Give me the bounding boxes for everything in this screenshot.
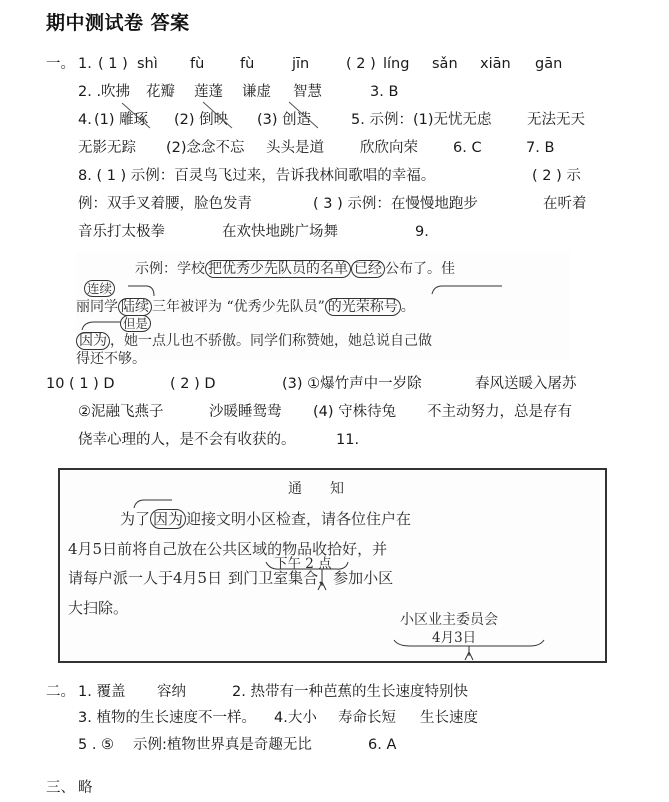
s2-q5: 5 . ⑤ [78, 735, 114, 755]
q10-part3: (3) ①爆竹声中一岁除 [282, 374, 422, 394]
q5-word: 无影无踪 [78, 138, 136, 158]
q10-part4: (4) 守株待兔 [313, 402, 396, 422]
q8-line2-tail: 在听着 [543, 194, 587, 214]
q10-poem-line: ②泥融飞燕子 [78, 402, 164, 422]
q10-explanation-cont: 侥幸心理的人，是不会有收获的。 [78, 430, 296, 450]
section3-label: 三、 [46, 778, 75, 798]
s2-q1: 1. 覆盖 [78, 682, 125, 702]
q7-answer: 7. B [526, 138, 554, 158]
s2-q5-example: 示例:植物世界真是奇趣无比 [133, 735, 312, 755]
q9-number: 9. [415, 222, 429, 242]
q10-part1: 10 ( 1 ) D [46, 374, 115, 394]
q6-answer: 6. C [453, 138, 482, 158]
q8-line1: 8. ( 1 ) 示例：百灵鸟飞过来，告诉我林间歌唱的幸福。 [78, 166, 435, 186]
q8-line3a: 音乐打太极拳 [78, 222, 165, 242]
s2-q4-word: 寿命长短 [338, 708, 396, 728]
section3-text: 略 [78, 778, 93, 798]
q10-part2: ( 2 ) D [170, 374, 216, 394]
q9-scan-image: 示例：学校把优秀少先队员的名单已经公布了。佳 连续 丽同学陆续三年被评为 “优秀… [76, 252, 570, 360]
s2-q6: 6. A [368, 735, 396, 755]
q5-word: 头头是道 [266, 138, 324, 158]
edit-mark-lines [60, 470, 605, 661]
q8-line1-tail: ( 2 ) 示 [532, 166, 581, 186]
s2-q3: 3. 植物的生长速度不一样。 [78, 708, 256, 728]
correction-strokes [0, 0, 669, 140]
q10-poem-line: 春风送暖入屠苏 [475, 374, 577, 394]
q8-line2: 例：双手叉着腰，脸色发青 [78, 194, 252, 214]
edit-mark-lines [76, 252, 570, 360]
q11-notice-scan: 通 知 为了因为迎接文明小区检查，请各位住户在 4月5日前将自己放在公共区域的物… [58, 468, 607, 663]
s2-q2: 2. 热带有一种芭蕉的生长速度特别快 [232, 682, 468, 702]
s2-q4-word: 生长速度 [420, 708, 478, 728]
q10-poem-line: 沙暖睡鸳鸯 [209, 402, 282, 422]
q8-part3: ( 3 ) 示例：在慢慢地跑步 [313, 194, 478, 214]
q10-explanation: 不主动努力，总是存有 [427, 402, 572, 422]
q5-word: 欣欣向荣 [360, 138, 418, 158]
s2-q4: 4.大小 [274, 708, 317, 728]
q11-number: 11. [336, 430, 359, 450]
q8-line3b: 在欢快地跳广场舞 [222, 222, 338, 242]
section2-label: 二。 [46, 682, 75, 702]
s2-q1-word: 容纳 [157, 682, 186, 702]
q5-part2: (2)念念不忘 [166, 138, 245, 158]
